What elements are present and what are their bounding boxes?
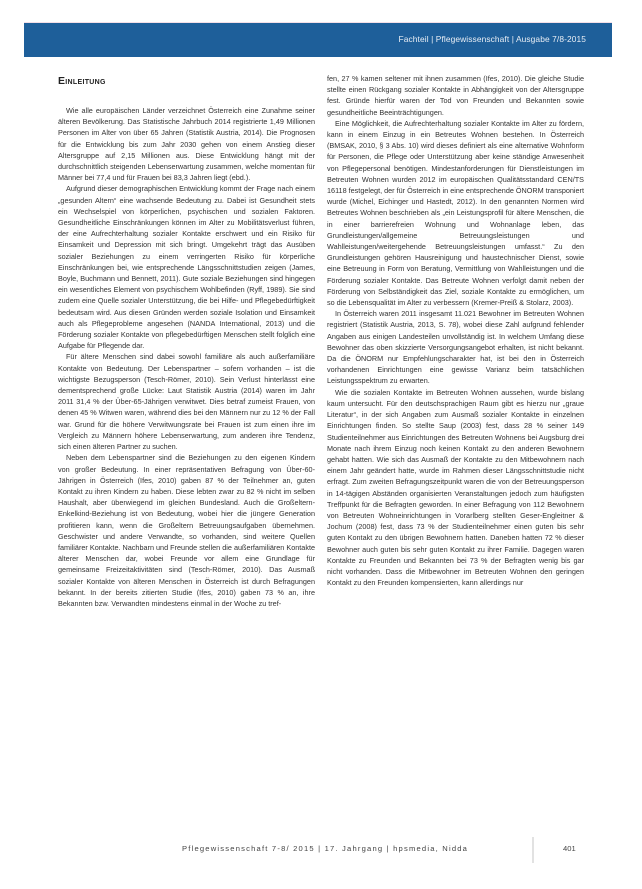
paragraph: Wie die sozialen Kontakte im Betreuten W… bbox=[327, 387, 584, 589]
section-title: Einleitung bbox=[58, 74, 315, 88]
footer-citation: Pflegewissenschaft 7-8/ 2015 | 17. Jahrg… bbox=[182, 844, 468, 853]
paragraph: Wie alle europäischen Länder verzeichnet… bbox=[58, 105, 315, 183]
paragraph: Eine Möglichkeit, die Aufrechterhaltung … bbox=[327, 118, 584, 308]
footer-divider bbox=[532, 837, 534, 863]
paragraph: In Österreich waren 2011 insgesamt 11.02… bbox=[327, 308, 584, 386]
left-column: Einleitung Wie alle europäischen Länder … bbox=[58, 74, 315, 609]
right-column: fen, 27 % kamen seltener mit ihnen zusam… bbox=[327, 73, 584, 588]
paragraph: fen, 27 % kamen seltener mit ihnen zusam… bbox=[327, 73, 584, 118]
paragraph: Aufgrund dieser demographischen Entwickl… bbox=[58, 183, 315, 351]
header-band: Fachteil | Pflegewissenschaft | Ausgabe … bbox=[24, 22, 612, 57]
running-title: Fachteil | Pflegewissenschaft | Ausgabe … bbox=[399, 34, 586, 44]
paragraph: Neben dem Lebenspartner sind die Beziehu… bbox=[58, 452, 315, 609]
paragraph: Für ältere Menschen sind dabei sowohl fa… bbox=[58, 351, 315, 452]
page-number: 401 bbox=[563, 844, 576, 853]
page-footer: Pflegewissenschaft 7-8/ 2015 | 17. Jahrg… bbox=[0, 837, 642, 861]
